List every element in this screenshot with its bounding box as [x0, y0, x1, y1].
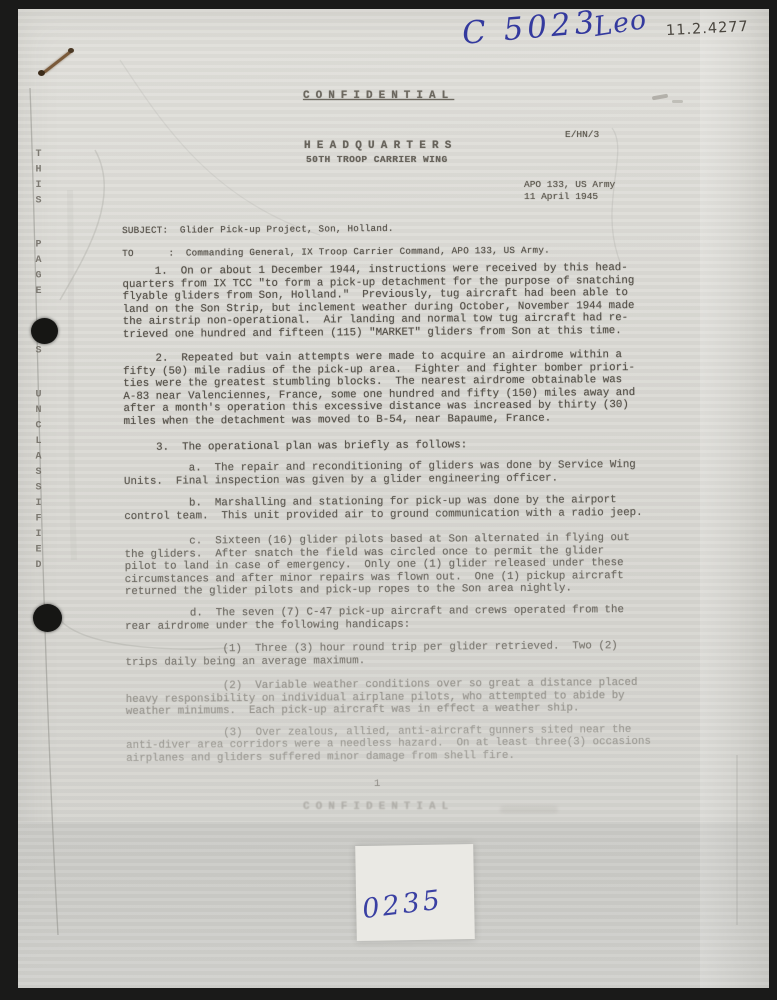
paragraph-1: 1. On or about 1 December 1944, instruct…: [122, 261, 708, 341]
date-line: 11 April 1945: [524, 191, 598, 202]
staple-dot: [68, 48, 74, 53]
paper-edge-shading: [700, 9, 769, 988]
footer-smudge: [500, 806, 558, 813]
staple-dot: [38, 70, 45, 76]
ink-smudge: [672, 100, 683, 103]
station-date-block: APO 133, US Army11 April 1945: [524, 179, 615, 203]
handwritten-sticker-number: 0235: [361, 884, 445, 925]
to-line: TO : Commanding General, IX Troop Carrie…: [122, 242, 707, 260]
classification-stamp-top: CONFIDENTIAL: [303, 90, 454, 102]
page-number: 1: [374, 778, 380, 790]
subparagraph-d: d. The seven (7) C-47 pick-up aircraft a…: [125, 603, 710, 633]
body-text-column: SUBJECT: Glider Pick-up Project, Son, Ho…: [122, 219, 711, 765]
unit-line: 50TH TROOP CARRIER WING: [306, 154, 448, 165]
staple-mark: [38, 44, 78, 80]
item-1: (1) Three (3) hour round trip per glider…: [125, 640, 710, 670]
paragraph-2: 2. Repeated but vain attempts were made …: [123, 349, 709, 429]
scanned-document: CONFIDENTIAL E/HN/3 HEADQUARTERS 50TH TR…: [0, 0, 777, 1000]
headquarters-line: HEADQUARTERS: [304, 140, 458, 152]
archive-sticker: 0235: [355, 844, 475, 941]
apo-line: APO 133, US Army: [524, 179, 615, 190]
staple-bar: [43, 49, 73, 74]
paragraph-3: 3. The operational plan was briefly as f…: [124, 437, 709, 454]
item-2: (2) Variable weather conditions over so …: [126, 677, 711, 719]
item-3: (3) Over zealous, allied, anti-aircraft …: [126, 723, 711, 765]
reference-number: E/HN/3: [565, 129, 599, 140]
classification-stamp-bottom: CONFIDENTIAL: [303, 801, 454, 813]
punch-hole-top: [31, 318, 58, 344]
subparagraph-c: c. Sixteen (16) glider pilots based at S…: [124, 532, 709, 599]
subparagraph-b: b. Marshalling and stationing for pick-u…: [124, 494, 709, 524]
punch-hole-bottom: [33, 604, 62, 632]
subparagraph-a: a. The repair and reconditioning of glid…: [124, 459, 709, 489]
